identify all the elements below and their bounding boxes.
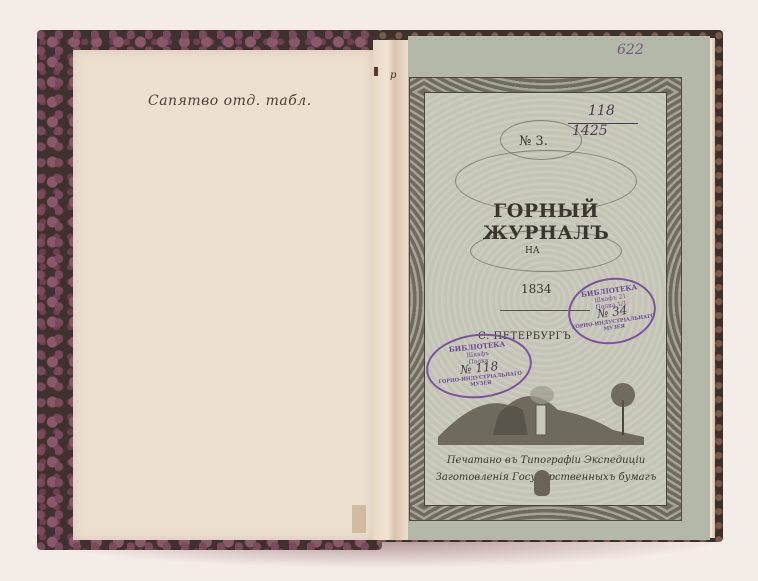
paper-stain (352, 505, 366, 533)
issue-number: № 3. (519, 134, 548, 149)
spine-paper-strip (373, 40, 409, 540)
left-endpaper (73, 50, 373, 540)
shelf-mark-bottom: 1425 (572, 123, 608, 139)
owl-ornament-icon (534, 470, 550, 496)
binding-hole (374, 67, 378, 76)
mining-landscape-engraving (438, 375, 644, 445)
publication-year: 1834 (521, 282, 552, 296)
shelf-mark-top: 118 (588, 103, 615, 119)
title-na: НА (525, 246, 540, 256)
journal-title: ГОРНЫЙ ЖУРНАЛЪ (428, 200, 664, 244)
imprint-line-1: Печатано въ Типографіи Экспедиціи (432, 455, 660, 466)
handwritten-note: Сапятво отд. табл. (148, 93, 312, 109)
corner-number: 622 (617, 42, 644, 58)
spine-mark: р (390, 70, 396, 81)
